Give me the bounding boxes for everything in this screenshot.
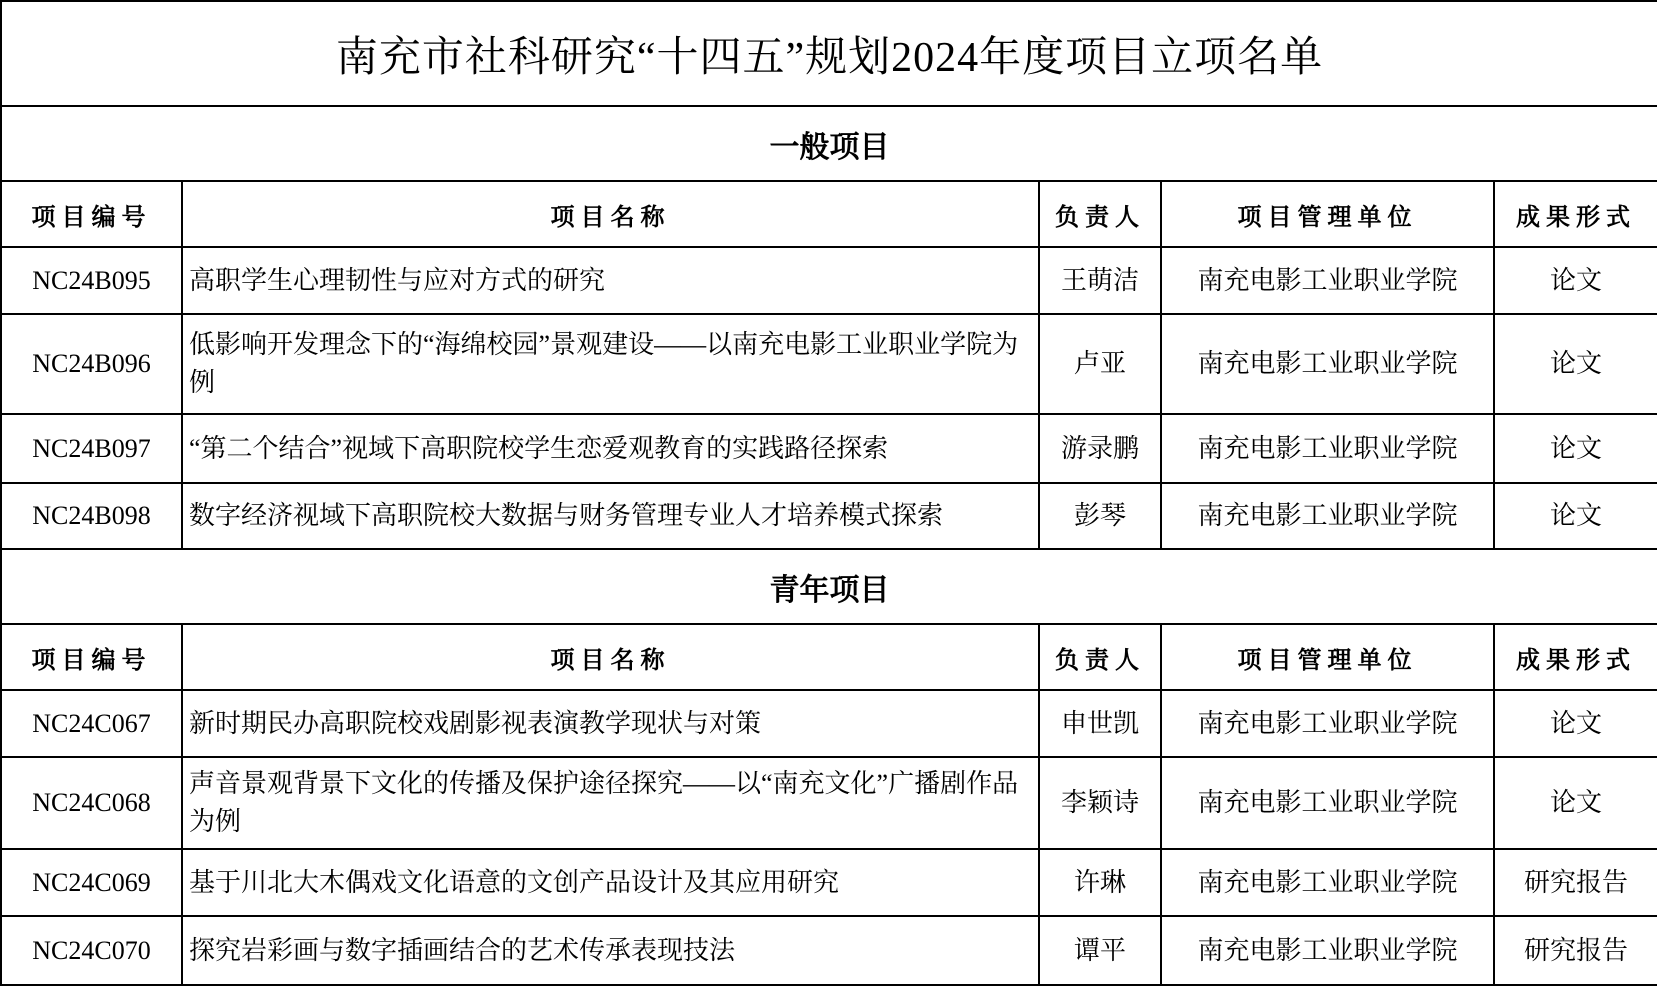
unit-cell: 南充电影工业职业学院 <box>1161 314 1494 414</box>
project-id-cell: NC24C067 <box>1 690 182 757</box>
table-row: NC24B098 数字经济视域下高职院校大数据与财务管理专业人才培养模式探索 彭… <box>1 483 1657 549</box>
unit-cell: 南充电影工业职业学院 <box>1161 690 1494 757</box>
project-name-cell: 新时期民办高职院校戏剧影视表演教学现状与对策 <box>182 690 1039 757</box>
section-row-general: 一般项目 <box>1 106 1657 181</box>
leader-cell: 李颖诗 <box>1039 757 1161 849</box>
unit-cell: 南充电影工业职业学院 <box>1161 757 1494 849</box>
project-id-cell: NC24B096 <box>1 314 182 414</box>
project-name-cell: 高职学生心理韧性与应对方式的研究 <box>182 247 1039 314</box>
title-row: 南充市社科研究“十四五”规划2024年度项目立项名单 <box>1 1 1657 106</box>
unit-cell: 南充电影工业职业学院 <box>1161 483 1494 549</box>
column-header-leader: 负责人 <box>1039 624 1161 690</box>
project-id-cell: NC24C070 <box>1 916 182 985</box>
project-name-cell: 声音景观背景下文化的传播及保护途径探究——以“南充文化”广播剧作品为例 <box>182 757 1039 849</box>
result-form-cell: 研究报告 <box>1494 849 1657 916</box>
project-id-cell: NC24B098 <box>1 483 182 549</box>
leader-cell: 申世凯 <box>1039 690 1161 757</box>
project-name-cell: 低影响开发理念下的“海绵校园”景观建设——以南充电影工业职业学院为例 <box>182 314 1039 414</box>
column-header-result-form: 成果形式 <box>1494 624 1657 690</box>
project-name-cell: 数字经济视域下高职院校大数据与财务管理专业人才培养模式探索 <box>182 483 1039 549</box>
result-form-cell: 论文 <box>1494 483 1657 549</box>
leader-cell: 彭琴 <box>1039 483 1161 549</box>
section-header-youth: 青年项目 <box>1 549 1657 624</box>
project-name-cell: “第二个结合”视域下高职院校学生恋爱观教育的实践路径探索 <box>182 414 1039 483</box>
leader-cell: 王萌洁 <box>1039 247 1161 314</box>
unit-cell: 南充电影工业职业学院 <box>1161 414 1494 483</box>
project-id-cell: NC24B097 <box>1 414 182 483</box>
column-header-project-name: 项目名称 <box>182 624 1039 690</box>
project-id-cell: NC24C068 <box>1 757 182 849</box>
column-header-row-youth: 项目编号 项目名称 负责人 项目管理单位 成果形式 <box>1 624 1657 690</box>
project-approval-table: 南充市社科研究“十四五”规划2024年度项目立项名单 一般项目 项目编号 项目名… <box>0 0 1657 986</box>
leader-cell: 游录鹏 <box>1039 414 1161 483</box>
table-row: NC24B095 高职学生心理韧性与应对方式的研究 王萌洁 南充电影工业职业学院… <box>1 247 1657 314</box>
column-header-project-id: 项目编号 <box>1 181 182 247</box>
table-row: NC24C067 新时期民办高职院校戏剧影视表演教学现状与对策 申世凯 南充电影… <box>1 690 1657 757</box>
unit-cell: 南充电影工业职业学院 <box>1161 849 1494 916</box>
leader-cell: 许琳 <box>1039 849 1161 916</box>
column-header-project-name: 项目名称 <box>182 181 1039 247</box>
project-name-cell: 探究岩彩画与数字插画结合的艺术传承表现技法 <box>182 916 1039 985</box>
result-form-cell: 论文 <box>1494 247 1657 314</box>
column-header-leader: 负责人 <box>1039 181 1161 247</box>
section-header-general: 一般项目 <box>1 106 1657 181</box>
project-id-cell: NC24C069 <box>1 849 182 916</box>
unit-cell: 南充电影工业职业学院 <box>1161 916 1494 985</box>
table-row: NC24B097 “第二个结合”视域下高职院校学生恋爱观教育的实践路径探索 游录… <box>1 414 1657 483</box>
project-name-cell: 基于川北大木偶戏文化语意的文创产品设计及其应用研究 <box>182 849 1039 916</box>
column-header-managing-unit: 项目管理单位 <box>1161 624 1494 690</box>
result-form-cell: 论文 <box>1494 690 1657 757</box>
result-form-cell: 论文 <box>1494 414 1657 483</box>
result-form-cell: 论文 <box>1494 757 1657 849</box>
column-header-row-general: 项目编号 项目名称 负责人 项目管理单位 成果形式 <box>1 181 1657 247</box>
table-row: NC24C068 声音景观背景下文化的传播及保护途径探究——以“南充文化”广播剧… <box>1 757 1657 849</box>
table-row: NC24C069 基于川北大木偶戏文化语意的文创产品设计及其应用研究 许琳 南充… <box>1 849 1657 916</box>
column-header-managing-unit: 项目管理单位 <box>1161 181 1494 247</box>
table-row: NC24B096 低影响开发理念下的“海绵校园”景观建设——以南充电影工业职业学… <box>1 314 1657 414</box>
leader-cell: 卢亚 <box>1039 314 1161 414</box>
project-id-cell: NC24B095 <box>1 247 182 314</box>
unit-cell: 南充电影工业职业学院 <box>1161 247 1494 314</box>
leader-cell: 谭平 <box>1039 916 1161 985</box>
result-form-cell: 论文 <box>1494 314 1657 414</box>
column-header-result-form: 成果形式 <box>1494 181 1657 247</box>
column-header-project-id: 项目编号 <box>1 624 182 690</box>
table-row: NC24C070 探究岩彩画与数字插画结合的艺术传承表现技法 谭平 南充电影工业… <box>1 916 1657 985</box>
page-title: 南充市社科研究“十四五”规划2024年度项目立项名单 <box>1 1 1657 106</box>
section-row-youth: 青年项目 <box>1 549 1657 624</box>
result-form-cell: 研究报告 <box>1494 916 1657 985</box>
